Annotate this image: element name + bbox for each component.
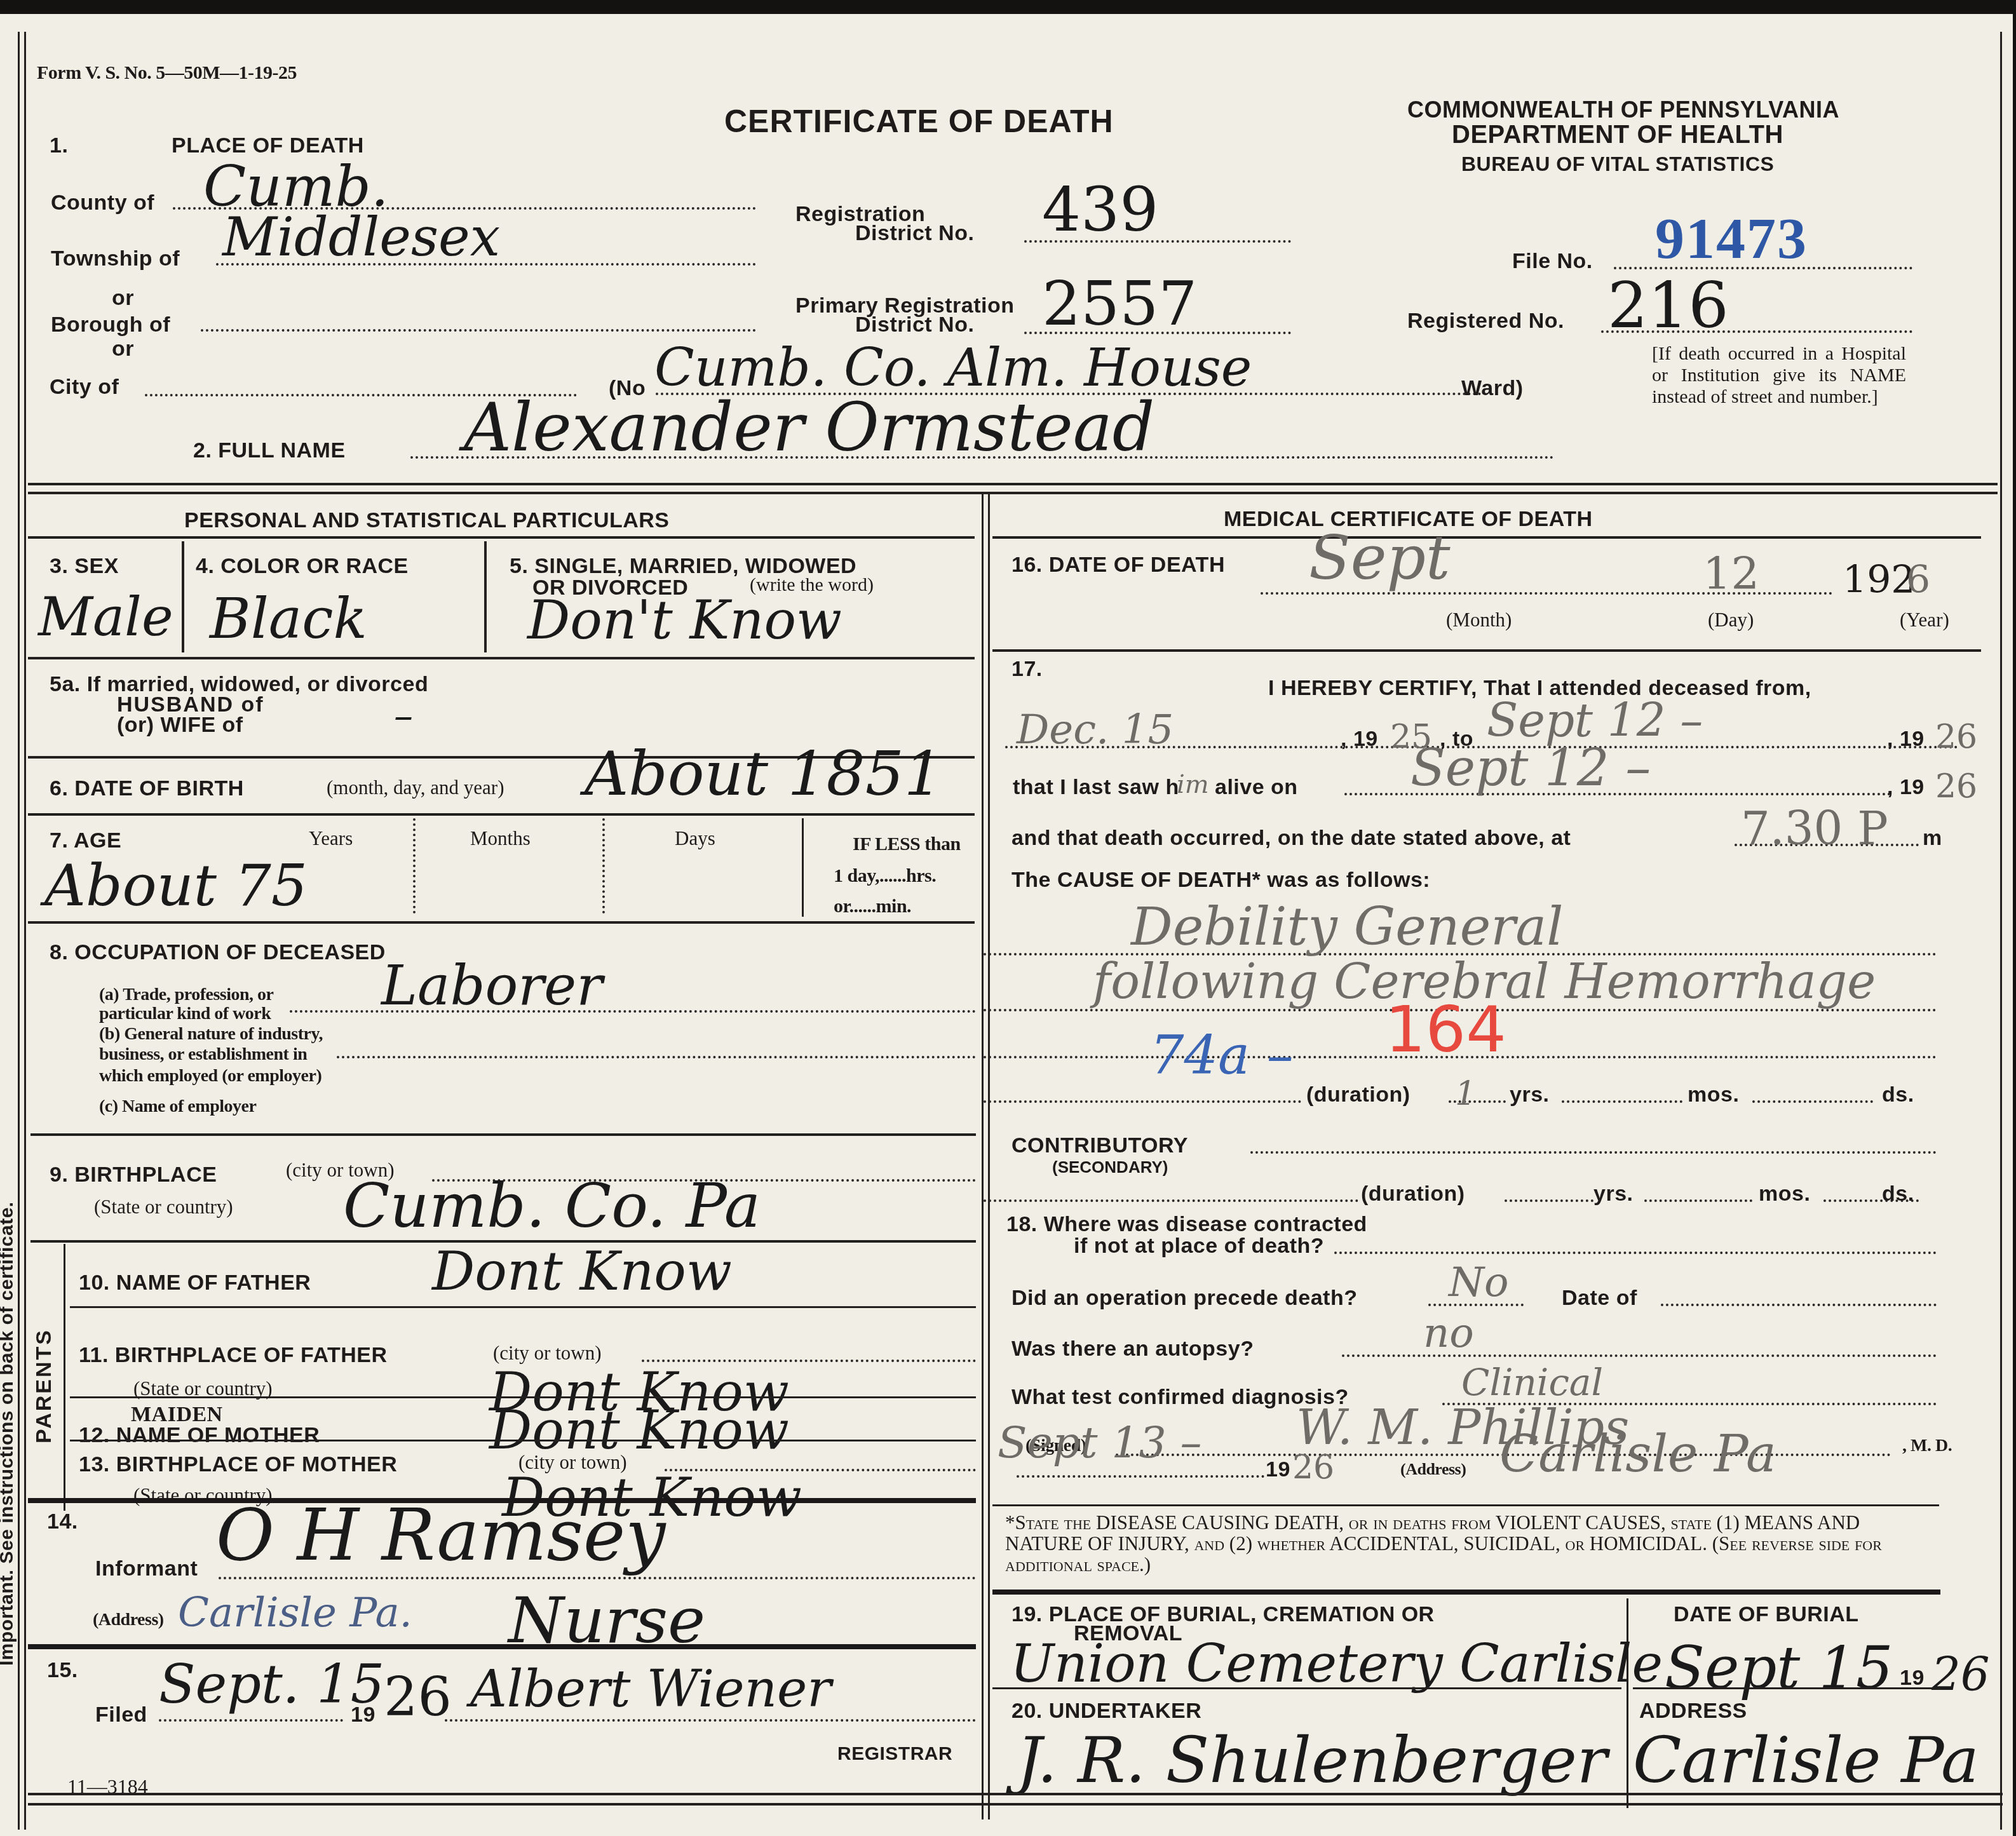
marital-status-field[interactable]: Don't Know bbox=[527, 589, 842, 651]
occ-b-label-2: business, or establishment in bbox=[99, 1044, 307, 1065]
filed-label: Filed bbox=[95, 1703, 147, 1727]
last-saw-pronoun[interactable]: im bbox=[1177, 770, 1209, 799]
sex-label: 3. SEX bbox=[50, 554, 119, 579]
occ-a-label-1: (a) Trade, profession, or bbox=[99, 985, 274, 1005]
contributory-duration-pre-line bbox=[984, 1199, 1358, 1202]
last-saw-year-prefix: , 19 bbox=[1887, 775, 1925, 800]
last-saw-label-1: that I last saw h bbox=[1013, 775, 1179, 800]
autopsy-label: Was there an autopsy? bbox=[1011, 1337, 1254, 1361]
duration-mos-field[interactable] bbox=[1562, 1100, 1682, 1103]
classification-code-red: 164 bbox=[1385, 992, 1506, 1067]
classification-code-blue: 74a – bbox=[1150, 1024, 1294, 1086]
dod-month-field[interactable]: Sept bbox=[1309, 522, 1451, 593]
full-name-field[interactable]: Alexander Ormstead bbox=[464, 389, 1154, 466]
rule-after-father-bp bbox=[70, 1396, 976, 1398]
last-saw-label-2: alive on bbox=[1215, 775, 1298, 800]
spouse-field[interactable]: – bbox=[394, 694, 413, 738]
test-field[interactable]: Clinical bbox=[1461, 1361, 1603, 1404]
undertaker-address-field[interactable]: Carlisle Pa bbox=[1633, 1723, 1979, 1797]
city-label: City of bbox=[50, 375, 119, 400]
left-border-outer bbox=[18, 32, 20, 1830]
signed-year-field[interactable]: 26 bbox=[1292, 1448, 1334, 1487]
father-birthplace-label: 11. BIRTHPLACE OF FATHER bbox=[79, 1343, 388, 1368]
sex-race-divider bbox=[182, 541, 184, 652]
form-number: Form V. S. No. 5—50M—1-19-25 bbox=[37, 62, 297, 84]
informant-line bbox=[219, 1577, 976, 1579]
attended-to-year-prefix: , 19 bbox=[1887, 727, 1925, 752]
age-years-label: Years bbox=[309, 827, 353, 850]
parents-label: PARENTS bbox=[32, 1328, 57, 1443]
column-divider-right bbox=[988, 492, 990, 1819]
burial-divider bbox=[1627, 1598, 1628, 1808]
rule-after-father bbox=[70, 1306, 976, 1308]
age-less-than-1: IF LESS than bbox=[853, 834, 961, 855]
rule-after-occupation bbox=[30, 1133, 976, 1136]
sex-field[interactable]: Male bbox=[38, 586, 173, 648]
dod-year-field[interactable]: 6 bbox=[1906, 558, 1930, 602]
signed-date-line bbox=[1017, 1475, 1264, 1478]
age-years-months-divider bbox=[413, 818, 416, 914]
cause-of-death-label: The CAUSE OF DEATH* was as follows: bbox=[1011, 868, 1430, 893]
age-less-divider bbox=[802, 818, 804, 917]
informant-field[interactable]: O H Ramsey bbox=[216, 1494, 666, 1577]
rule-after-dod bbox=[992, 649, 1981, 652]
secondary-label: (SECONDARY) bbox=[1052, 1158, 1168, 1177]
rule-after-mother bbox=[70, 1440, 976, 1441]
certificate-title: CERTIFICATE OF DEATH bbox=[724, 103, 1114, 140]
dod-day-label: (Day) bbox=[1708, 609, 1754, 631]
operation-date-field[interactable] bbox=[1661, 1304, 1937, 1306]
hospital-note: [If death occurred in a Hospital or Inst… bbox=[1652, 343, 1906, 408]
age-label: 7. AGE bbox=[50, 828, 121, 853]
occupation-label: 8. OCCUPATION OF DECEASED bbox=[50, 940, 386, 965]
autopsy-field[interactable]: no bbox=[1423, 1310, 1474, 1357]
file-no-stamp: 91473 bbox=[1655, 205, 1808, 272]
contributory-field[interactable] bbox=[1250, 1151, 1937, 1154]
where-contracted-field[interactable] bbox=[1334, 1252, 1937, 1254]
burial-date-field[interactable]: Sept 15 bbox=[1665, 1634, 1893, 1702]
registrar-signature-field[interactable]: Albert Wiener bbox=[470, 1659, 832, 1718]
mother-name-label: 12. NAME OF MOTHER bbox=[79, 1423, 320, 1448]
contributory-mos-field[interactable] bbox=[1644, 1199, 1752, 1202]
registered-no-field[interactable]: 216 bbox=[1607, 268, 1729, 342]
rule-after-sex bbox=[28, 657, 975, 659]
or-label-1: or bbox=[112, 286, 134, 311]
occ-b-label-3: which employed (or employer) bbox=[99, 1066, 321, 1086]
operation-label: Did an operation precede death? bbox=[1011, 1286, 1357, 1311]
time-of-death-label: and that death occurred, on the date sta… bbox=[1011, 826, 1571, 851]
undertaker-field[interactable]: J. R. Shulenberger bbox=[1017, 1723, 1607, 1797]
occupation-industry-field[interactable] bbox=[337, 1056, 976, 1058]
age-months-label: Months bbox=[470, 827, 531, 850]
duration-mos-label: mos. bbox=[1688, 1083, 1739, 1107]
ward-label: Ward) bbox=[1461, 376, 1524, 401]
birthplace-label: 9. BIRTHPLACE bbox=[50, 1163, 217, 1187]
signed-date-field[interactable]: Sept 13 – bbox=[998, 1418, 1201, 1468]
informant-address-label: (Address) bbox=[93, 1610, 164, 1630]
mother-birthplace-label: 13. BIRTHPLACE OF MOTHER bbox=[79, 1452, 397, 1477]
race-label: 4. COLOR OR RACE bbox=[196, 554, 409, 579]
reg-district-label-2: District No. bbox=[855, 221, 974, 246]
occupation-trade-field[interactable]: Laborer bbox=[381, 954, 602, 1018]
race-field[interactable]: Black bbox=[210, 586, 367, 651]
dod-year-prefix: 192 bbox=[1843, 558, 1916, 602]
agency-bureau: BUREAU OF VITAL STATISTICS bbox=[1461, 152, 1774, 176]
right-border bbox=[2000, 32, 2002, 1830]
rule-after-signature bbox=[992, 1504, 1939, 1506]
attended-from-year-prefix: , 19 bbox=[1341, 727, 1378, 752]
rule-before-burial bbox=[992, 1590, 1940, 1595]
burial-place-field[interactable]: Union Cemetery Carlisle bbox=[1010, 1634, 1663, 1694]
burial-date-label: DATE OF BURIAL bbox=[1674, 1602, 1859, 1627]
duration-pre-line bbox=[984, 1100, 1301, 1103]
rule-after-dob bbox=[28, 813, 975, 816]
cause-line-1-field[interactable]: Debility General bbox=[1131, 897, 1563, 957]
age-less-than-2: 1 day,......hrs. bbox=[834, 865, 936, 887]
registered-no-label: Registered No. bbox=[1407, 309, 1564, 334]
birthplace-state-hint: (State or country) bbox=[94, 1196, 233, 1218]
township-label: Township of bbox=[51, 246, 180, 271]
file-no-label: File No. bbox=[1512, 249, 1593, 274]
occ-c-label: (c) Name of employer bbox=[99, 1097, 256, 1117]
filed-number: 15. bbox=[47, 1658, 78, 1683]
duration-years-field[interactable]: 1 bbox=[1455, 1075, 1476, 1113]
dod-day-field[interactable]: 12 bbox=[1703, 548, 1759, 600]
rule-medical-header bbox=[992, 536, 1981, 539]
contributory-duration-label: (duration) bbox=[1361, 1182, 1465, 1206]
township-field[interactable]: Middlesex bbox=[222, 206, 500, 268]
informant-address-field[interactable]: Carlisle Pa. bbox=[178, 1590, 412, 1637]
rule-burial-date bbox=[1633, 1687, 1940, 1689]
reg-district-field[interactable]: 439 bbox=[1042, 174, 1158, 245]
column-divider-left bbox=[982, 492, 984, 1819]
left-border-inner bbox=[24, 32, 26, 1830]
contributory-label: CONTRIBUTORY bbox=[1011, 1133, 1188, 1158]
informant-number: 14. bbox=[47, 1509, 78, 1534]
father-name-field[interactable]: Dont Know bbox=[432, 1240, 732, 1302]
section-1-number: 1. bbox=[50, 133, 68, 158]
md-label: , M. D. bbox=[1902, 1436, 1952, 1456]
agency-department: DEPARTMENT OF HEALTH bbox=[1452, 121, 1783, 149]
time-of-death-field[interactable]: 7.30 P bbox=[1741, 802, 1888, 855]
age-field[interactable]: About 75 bbox=[44, 853, 308, 919]
last-saw-field[interactable]: Sept 12 – bbox=[1411, 738, 1651, 797]
dob-hint: (month, day, and year) bbox=[327, 776, 504, 799]
primary-reg-field[interactable]: 2557 bbox=[1042, 268, 1197, 339]
county-label: County of bbox=[51, 191, 154, 215]
cert-number: 17. bbox=[1011, 657, 1043, 682]
registrar-label: REGISTRAR bbox=[837, 1743, 952, 1765]
informant-label: Informant bbox=[95, 1556, 198, 1581]
registrar-line bbox=[445, 1719, 976, 1722]
rule-after-informant bbox=[28, 1644, 976, 1649]
race-marital-divider bbox=[484, 541, 487, 652]
rule-personal-header bbox=[28, 536, 975, 539]
rule-after-age bbox=[28, 921, 975, 924]
operation-date-label: Date of bbox=[1562, 1286, 1637, 1311]
rule-bottom-1 bbox=[28, 1793, 2003, 1795]
personal-section-header: PERSONAL AND STATISTICAL PARTICULARS bbox=[184, 508, 670, 533]
dod-year-label: (Year) bbox=[1900, 609, 1949, 631]
last-saw-year-field[interactable]: 26 bbox=[1935, 767, 1977, 806]
contributory-yrs-label: yrs. bbox=[1593, 1182, 1634, 1206]
duration-yrs-label: yrs. bbox=[1510, 1083, 1550, 1107]
duration-label: (duration) bbox=[1306, 1083, 1411, 1107]
rule-bottom-2 bbox=[28, 1803, 2003, 1806]
dod-label: 16. DATE OF DEATH bbox=[1011, 553, 1225, 577]
physician-address-label: (Address) bbox=[1400, 1460, 1466, 1479]
parents-bracket bbox=[64, 1244, 65, 1511]
attended-to-year-field[interactable]: 26 bbox=[1935, 718, 1977, 756]
where-contracted-label-2: if not at place of death? bbox=[1074, 1234, 1324, 1259]
borough-field[interactable] bbox=[201, 329, 756, 332]
undertaker-label: 20. UNDERTAKER bbox=[1011, 1699, 1201, 1724]
contributory-yrs-field[interactable] bbox=[1505, 1199, 1593, 1202]
father-name-label: 10. NAME OF FATHER bbox=[79, 1271, 311, 1295]
occ-b-label-1: (b) General nature of industry, bbox=[99, 1024, 323, 1044]
time-suffix: m bbox=[1923, 826, 1942, 851]
attended-from-field[interactable]: Dec. 15 bbox=[1017, 706, 1174, 753]
age-days-label: Days bbox=[675, 827, 715, 850]
occ-a-label-2: particular kind of work bbox=[99, 1004, 271, 1024]
certificate-paper: Important. See instructions on back of c… bbox=[0, 14, 2013, 1836]
undertaker-address-label: ADDRESS bbox=[1639, 1699, 1747, 1724]
dob-field[interactable]: About 1851 bbox=[585, 738, 943, 809]
operation-field[interactable]: No bbox=[1449, 1259, 1509, 1306]
rule-burial-place bbox=[992, 1687, 1621, 1689]
duration-ds-field[interactable] bbox=[1752, 1100, 1873, 1103]
side-instructions-note: Important. See instructions on back of c… bbox=[0, 1201, 18, 1666]
rule-header-bottom-2 bbox=[28, 492, 1998, 494]
duration-ds-label: ds. bbox=[1882, 1083, 1914, 1107]
rule-header-bottom-1 bbox=[28, 483, 1998, 485]
dod-month-label: (Month) bbox=[1446, 609, 1512, 631]
full-name-label: 2. FULL NAME bbox=[193, 438, 346, 463]
primary-reg-label-2: District No. bbox=[855, 313, 974, 337]
signed-year-prefix: 19 bbox=[1266, 1457, 1290, 1482]
contributory-mos-label: mos. bbox=[1759, 1182, 1810, 1206]
filed-line bbox=[159, 1719, 343, 1722]
contributory-ds-label: ds. bbox=[1882, 1182, 1914, 1206]
or-label-2: or bbox=[112, 337, 134, 361]
physician-address-field[interactable]: Carlisle Pa bbox=[1499, 1424, 1776, 1483]
burial-year-field[interactable]: 26 bbox=[1931, 1648, 1990, 1701]
cause-footnote: *State the DISEASE CAUSING DEATH, or in … bbox=[1005, 1512, 1939, 1575]
birthplace-field[interactable]: Cumb. Co. Pa bbox=[343, 1170, 761, 1241]
spouse-label-3: (or) WIFE of bbox=[117, 713, 243, 738]
borough-label: Borough of bbox=[51, 313, 170, 337]
agency-commonwealth: COMMONWEALTH OF PENNSYLVANIA bbox=[1407, 97, 1839, 123]
age-less-than-3: or......min. bbox=[834, 896, 911, 917]
filed-year-field[interactable]: 26 bbox=[384, 1666, 452, 1728]
age-months-days-divider bbox=[602, 818, 605, 914]
filed-year-prefix: 19 bbox=[351, 1703, 375, 1727]
dob-label: 6. DATE OF BIRTH bbox=[50, 776, 244, 801]
